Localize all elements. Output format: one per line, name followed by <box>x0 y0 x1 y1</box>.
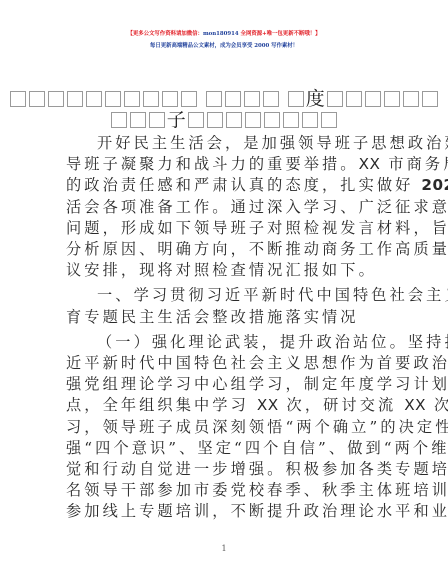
text-run: 的政治责任感和严肃认真的态度，扎实做好 <box>66 176 421 194</box>
missing-glyph-box <box>321 112 337 128</box>
text-run: 强党组理论学习中心组学习，制定年度学习计划，明确学习重 <box>66 375 448 393</box>
promo-banner-line-1: 【更多公文写作资料请加微信：mon180914 全网资源+唯一包更新不断哦！】 <box>0 29 448 37</box>
text-run: 觉和行动自觉进一步增强。积极参加各类专题培训，选派 <box>66 460 448 478</box>
text-run: 活会各项准备工作。通过深入学习、广泛征求意见、深刻剖析 <box>66 198 448 216</box>
document-page: 【更多公文写作资料请加微信：mon180914 全网资源+唯一包更新不断哦！】 … <box>0 0 448 580</box>
title-glyph: 子 <box>167 109 187 131</box>
missing-glyph-box <box>245 112 261 128</box>
text-line: （一）强化理论武装，提升政治站位。坚持把学习贯彻习 <box>66 332 386 353</box>
text-run: 导班子凝聚力和战斗力的重要举措。 <box>66 155 359 173</box>
missing-glyph-box <box>283 112 299 128</box>
text-line: 活会各项准备工作。通过深入学习、广泛征求意见、深刻剖析 <box>66 197 386 218</box>
text-line: 强“四个意识”、坚定“四个自信”、做到“两个维护”的思想自 <box>66 438 386 459</box>
text-run: 开好民主生活会，是加强领导班子思想政治建设、提高领 <box>97 134 448 152</box>
intro-paragraph: 开好民主生活会，是加强领导班子思想政治建设、提高领导班子凝聚力和战斗力的重要举措… <box>66 133 386 281</box>
text-line: 一、学习贯彻习近平新时代中国特色社会主义思想主题教 <box>66 285 386 306</box>
text-run: XX <box>257 396 279 414</box>
text-run: 点，全年组织集中学习 <box>66 396 257 414</box>
text-run: （一）强化理论武装，提升政治站位。坚持把学习贯彻习 <box>97 333 448 351</box>
text-run: 2024 年度民主生 <box>421 176 448 194</box>
text-line: 近平新时代中国特色社会主义思想作为首要政治任务，持续加 <box>66 353 386 374</box>
document-title-line-2: 子 <box>0 105 448 132</box>
text-run: 参加线上专题培训，不断提升政治理论水平和业务能力。同 <box>66 502 448 520</box>
section-heading-1: 一、学习贯彻习近平新时代中国特色社会主义思想主题教育专题民主生活会整改措施落实情… <box>66 285 386 327</box>
missing-glyph-box <box>207 112 223 128</box>
text-run: 市商务局党组以高度 <box>380 155 448 173</box>
missing-glyph-box <box>149 112 165 128</box>
text-line: 觉和行动自觉进一步增强。积极参加各类专题培训，选派 XX <box>66 459 386 480</box>
text-line: 导班子凝聚力和战斗力的重要举措。XX 市商务局党组以高度 <box>66 154 386 175</box>
text-line: 议安排，现将对照检查情况汇报如下。 <box>66 260 386 281</box>
text-run: 一、学习贯彻习近平新时代中国特色社会主义思想主题教 <box>97 286 448 304</box>
page-number: 1 <box>0 544 448 553</box>
text-line: 开好民主生活会，是加强领导班子思想政治建设、提高领 <box>66 133 386 154</box>
text-line: 问题，形成如下领导班子对照检视发言材料，旨在找准问题、 <box>66 218 386 239</box>
promo-suffix: 全网资源+唯一包更新不断哦！】 <box>239 31 321 37</box>
wechat-id: mon180914 <box>203 31 239 37</box>
text-line: 强党组理论学习中心组学习，制定年度学习计划，明确学习重 <box>66 374 386 395</box>
text-run: XX <box>404 396 426 414</box>
text-run: 强“四个意识”、坚定“四个自信”、做到“两个维护”的思想自 <box>66 439 448 457</box>
text-line: 分析原因、明确方向，不断推动商务工作高质量发展。按照会 <box>66 239 386 260</box>
text-line: 点，全年组织集中学习 XX 次，研讨交流 XX 次。通过深入学 <box>66 395 386 416</box>
text-run: 议安排，现将对照检查情况汇报如下。 <box>66 261 377 279</box>
text-line: 育专题民主生活会整改措施落实情况 <box>66 307 386 328</box>
text-run: 次，研讨交流 <box>279 396 405 414</box>
missing-glyph-box <box>226 112 242 128</box>
missing-glyph-box <box>302 112 318 128</box>
text-run: 问题，形成如下领导班子对照检视发言材料，旨在找准问题、 <box>66 219 448 237</box>
missing-glyph-box <box>130 112 146 128</box>
text-run: 育专题民主生活会整改措施落实情况 <box>66 308 359 326</box>
text-run: 分析原因、明确方向，不断推动商务工作高质量发展。按照会 <box>66 240 448 258</box>
text-line: 习，领导班子成员深刻领悟“两个确立”的决定性意义，增 <box>66 417 386 438</box>
text-run: 次。通过深入学 <box>426 396 448 414</box>
text-line: 的政治责任感和严肃认真的态度，扎实做好 2024 年度民主生 <box>66 175 386 196</box>
promo-banner-line-2: 每日更新高端精品公文素材，成为会员享受 2000 写作素材！ <box>0 41 448 49</box>
subsection-paragraph-1: （一）强化理论武装，提升政治站位。坚持把学习贯彻习近平新时代中国特色社会主义思想… <box>66 332 386 523</box>
document-body: 开好民主生活会，是加强领导班子思想政治建设、提高领导班子凝聚力和战斗力的重要举措… <box>66 133 386 523</box>
promo-prefix: 【更多公文写作资料请加微信： <box>127 31 202 37</box>
text-line: 参加线上专题培训，不断提升政治理论水平和业务能力。同 <box>66 501 386 522</box>
missing-glyph-box <box>264 112 280 128</box>
text-run: XX <box>359 155 381 173</box>
text-run: 近平新时代中国特色社会主义思想作为首要政治任务，持续加 <box>66 354 448 372</box>
text-line: 名领导干部参加市委党校春季、秋季主体班培训，XX 名干部 <box>66 480 386 501</box>
missing-glyph-box <box>188 112 204 128</box>
text-run: 名领导干部参加市委党校春季、秋季主体班培训， <box>66 481 448 499</box>
text-run: 习，领导班子成员深刻领悟“两个确立”的决定性意义，增 <box>66 418 448 436</box>
missing-glyph-box <box>111 112 127 128</box>
